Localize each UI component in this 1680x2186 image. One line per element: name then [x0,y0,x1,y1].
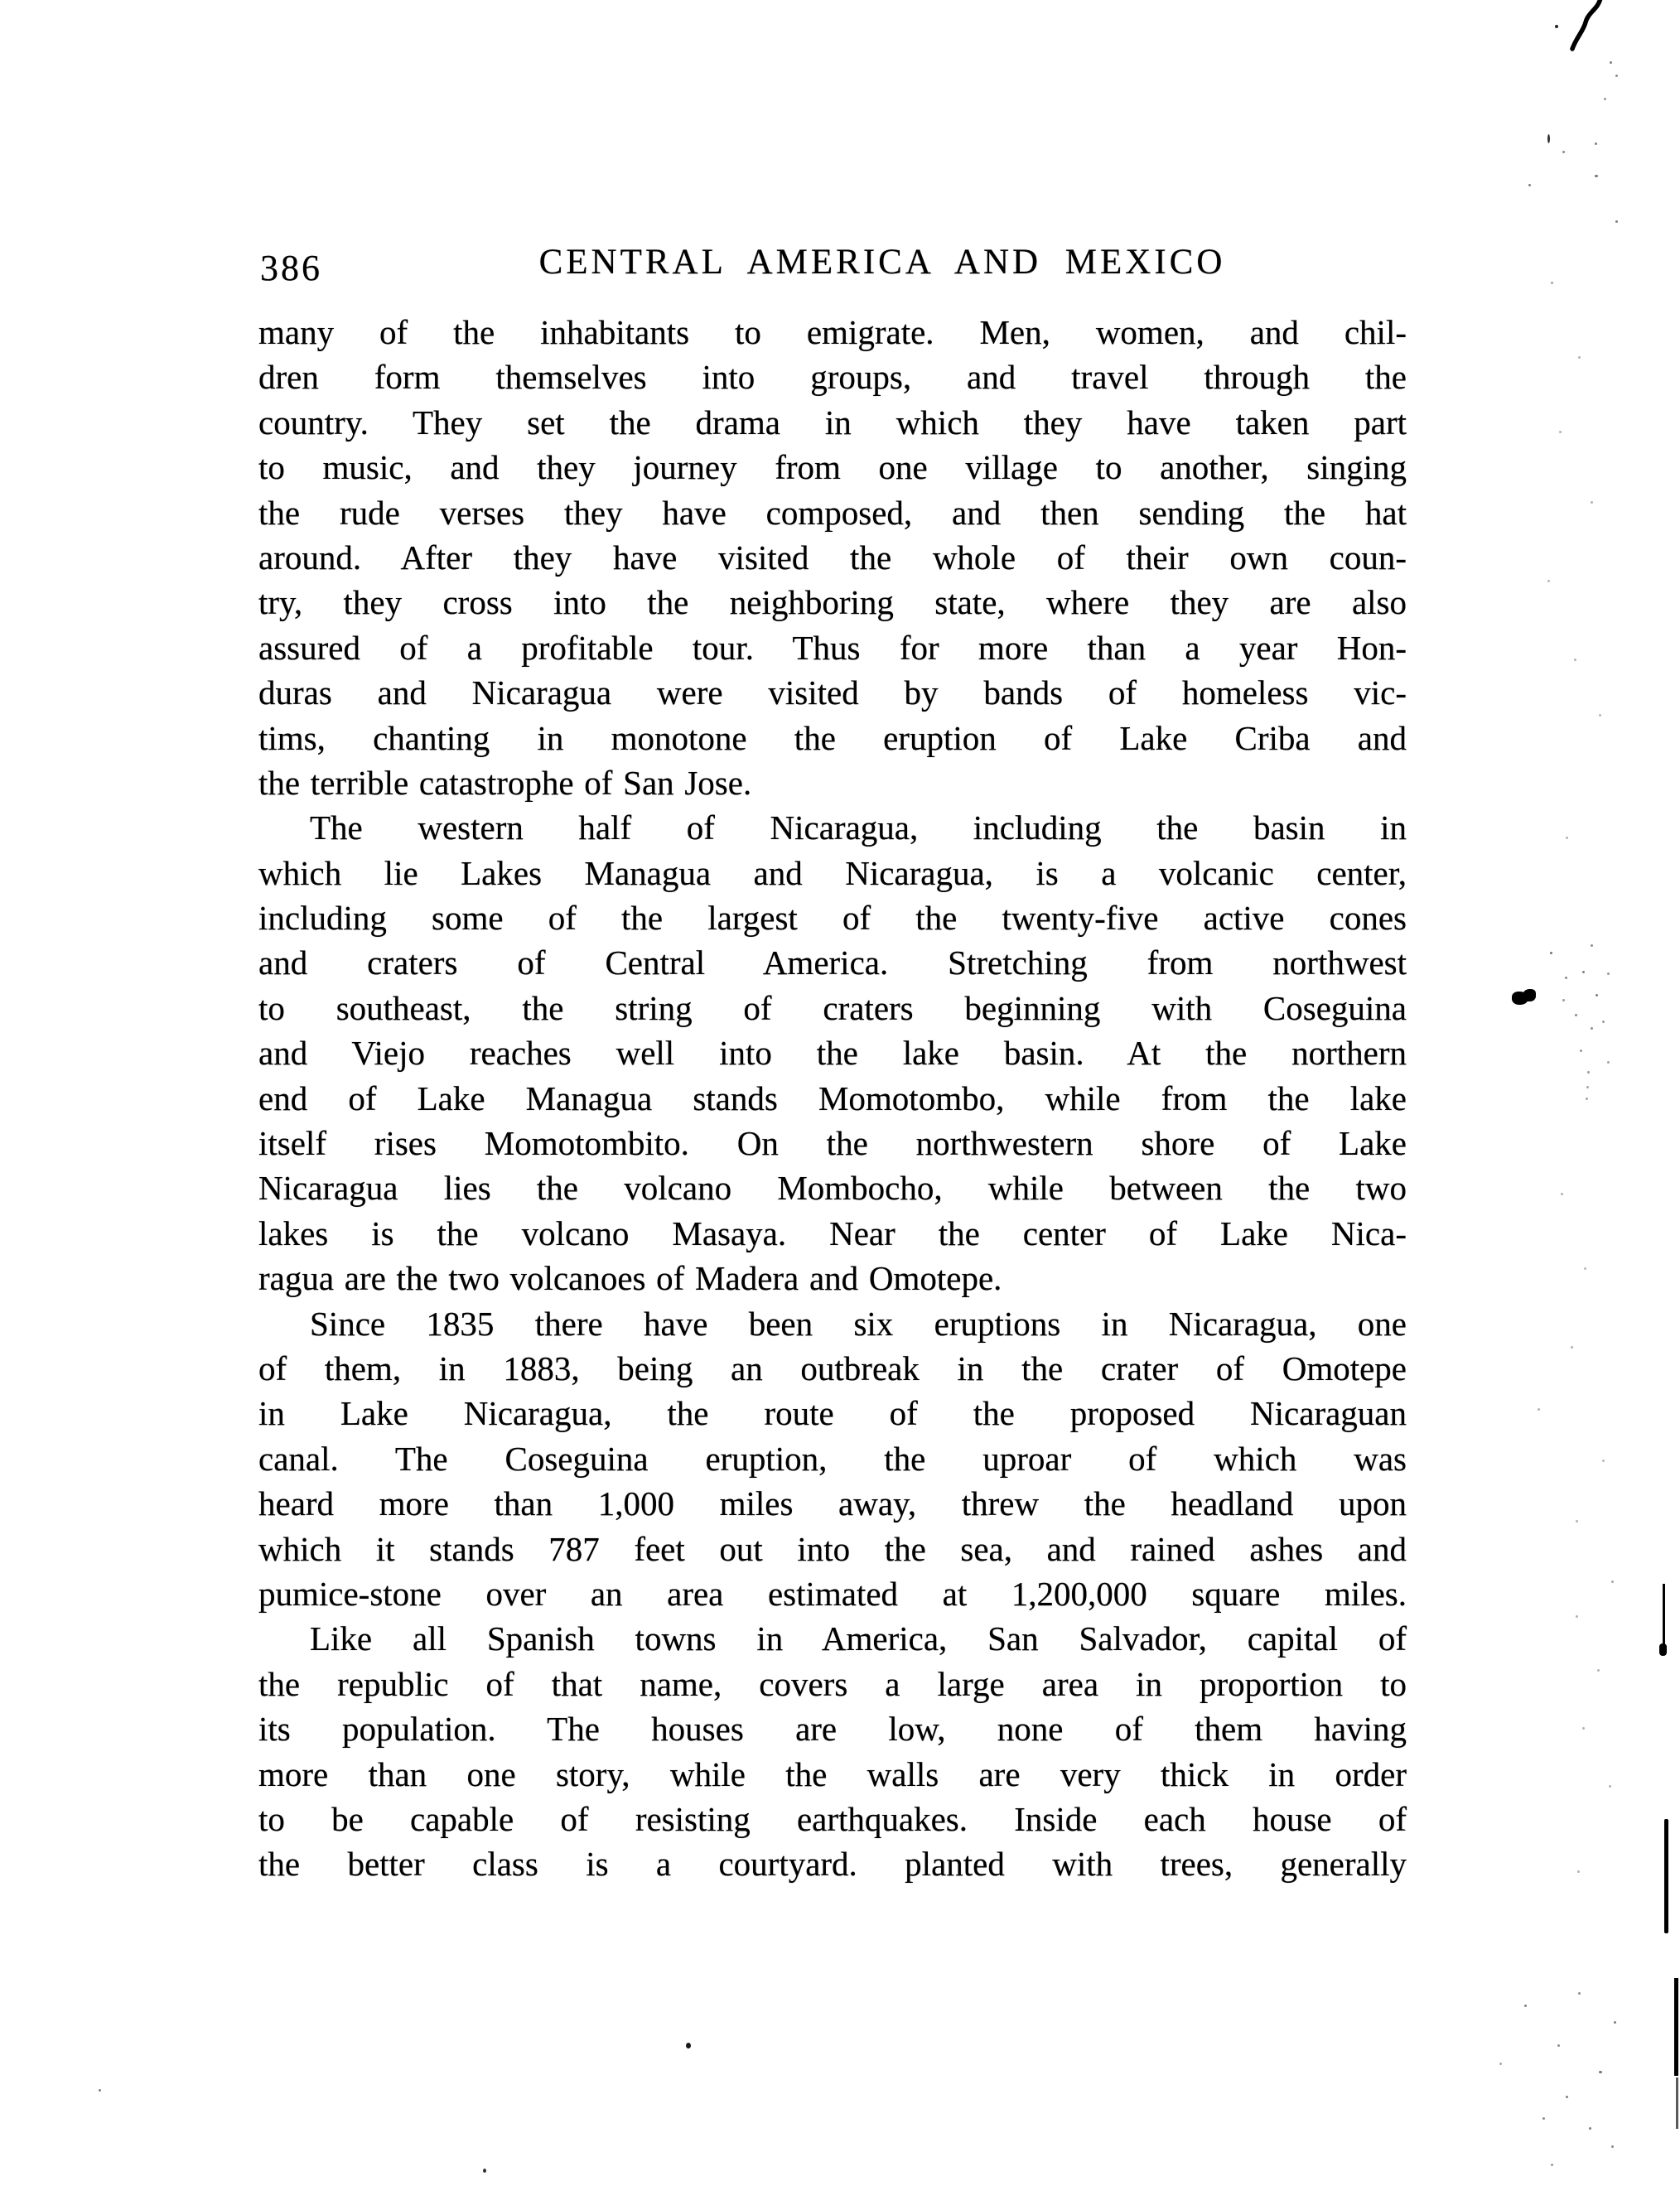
text-line: country. They set the drama in which the… [258,400,1407,445]
ink-blob-artifact [1512,989,1537,1006]
scan-speckle [686,2043,691,2048]
text-line: dren form themselves into groups, and tr… [258,355,1407,399]
scan-speckle [1599,714,1601,717]
scan-speckle [483,2169,486,2173]
text-line: many of the inhabitants to emigrate. Men… [258,310,1407,355]
scan-speckle [1528,184,1531,186]
scan-speckle [1595,175,1598,177]
scan-speckle [1609,1785,1611,1788]
text-line: including some of the largest of the twe… [258,895,1407,940]
scan-speckle [1611,2145,1614,2148]
text-line: and craters of Central America. Stretchi… [258,940,1407,985]
text-line: the rude verses they have composed, and … [258,490,1407,535]
scan-speckle [1610,61,1612,64]
scan-speckle [1607,1061,1610,1064]
text-line: itself rises Momotombito. On the northwe… [258,1121,1407,1165]
scan-speckle [1595,142,1597,145]
scan-speckle [1614,2021,1616,2024]
scan-speckle [1591,944,1593,947]
text-line: try, they cross into the neighboring sta… [258,580,1407,625]
page-edge-mark [1664,1819,1668,1933]
text-line: the republic of that name, covers a larg… [258,1662,1407,1706]
scan-speckle [1599,2071,1602,2073]
scan-speckle [1591,1027,1593,1030]
page-edge-mark [1676,2077,1678,2129]
scan-speckle [1566,837,1568,839]
text-line: ragua are the two volcanoes of Madera an… [258,1256,1407,1301]
running-title: CENTRAL AMERICA AND MEXICO [358,242,1407,282]
text-line: tims, chanting in monotone the eruption … [258,716,1407,760]
scan-speckle [1547,580,1550,582]
scan-speckle [99,2089,101,2092]
scan-speckle [1607,972,1610,975]
ink-blob-part [1512,992,1528,1005]
text-line: to southeast, the string of craters begi… [258,986,1407,1030]
text-line: which it stands 787 feet out into the se… [258,1527,1407,1571]
scan-speckle [1597,1669,1600,1672]
page-edge-mark [1663,1584,1665,1647]
scan-speckle [1586,1086,1589,1088]
scan-speckle [1542,2117,1545,2120]
page-edge-mark [1659,1643,1667,1656]
scan-speckle [1547,134,1550,143]
scan-speckle [1584,1267,1586,1270]
text-line: Nicaragua lies the volcano Mombocho, whi… [258,1165,1407,1210]
scan-speckle [1615,220,1618,223]
text-line: Since 1835 there have been six eruptions… [258,1301,1407,1346]
page-body-text: many of the inhabitants to emigrate. Men… [258,310,1407,1887]
scan-speckle [1582,971,1585,973]
scan-speckle [1561,1193,1563,1195]
text-line: pumice-stone over an area estimated at 1… [258,1571,1407,1616]
text-line: more than one story, while the walls are… [258,1752,1407,1797]
text-line: Like all Spanish towns in America, San S… [258,1616,1407,1661]
scan-speckle [1591,501,1593,504]
scan-speckle [1555,25,1558,28]
text-line: The western half of Nicaragua, including… [258,805,1407,850]
scan-speckle [1602,1460,1605,1462]
scan-speckle [1524,2005,1527,2007]
scan-speckle [1578,1992,1581,1995]
text-line: the better class is a courtyard. planted… [258,1841,1407,1886]
text-line: to be capable of resisting earthquakes. … [258,1797,1407,1841]
scan-speckle [1550,952,1552,954]
scanned-book-page: 386 CENTRAL AMERICA AND MEXICO many of t… [0,0,1680,2186]
scan-speckle [1596,994,1598,996]
scan-speckle [1574,659,1576,661]
text-line: end of Lake Managua stands Momotombo, wh… [258,1076,1407,1121]
scan-speckle [1565,977,1567,979]
text-line: in Lake Nicaragua, the route of the prop… [258,1391,1407,1436]
text-line: heard more than 1,000 miles away, threw … [258,1481,1407,1526]
scan-speckle [1559,431,1562,433]
text-line: the terrible catastrophe of San Jose. [258,760,1407,805]
page-number: 386 [260,247,322,289]
text-line: of them, in 1883, being an outbreak in t… [258,1346,1407,1391]
scan-speckle [1604,98,1606,100]
ink-blob-part [1523,989,1536,1001]
scan-speckle [1499,2063,1502,2065]
scan-speckle [1551,282,1553,284]
scan-speckle [1576,1520,1578,1522]
text-line: to music, and they journey from one vill… [258,445,1407,490]
text-line: duras and Nicaragua were visited by band… [258,670,1407,715]
page-header: 386 CENTRAL AMERICA AND MEXICO [258,242,1407,292]
scan-speckle [1576,1615,1578,1618]
text-line: around. After they have visited the whol… [258,535,1407,580]
scan-speckle [1577,1870,1580,1873]
text-line: which lie Lakes Managua and Nicaragua, i… [258,851,1407,895]
scan-speckle [1575,1014,1577,1016]
scan-speckle [1586,1098,1588,1100]
scan-speckle [1578,356,1581,359]
text-line: and Viejo reaches well into the lake bas… [258,1030,1407,1075]
scan-speckle [1582,1727,1585,1730]
scan-artifact-curve [1562,0,1612,57]
text-line: assured of a profitable tour. Thus for m… [258,625,1407,670]
scan-speckle [1562,999,1565,1001]
scan-speckle [1580,1050,1582,1052]
text-line: canal. The Coseguina eruption, the uproa… [258,1436,1407,1481]
scan-speckle [1538,1408,1540,1411]
scan-speckle [1566,2096,1568,2098]
scan-speckle [1589,2127,1591,2130]
scan-speckle [1615,75,1618,77]
scan-speckle [1602,1021,1605,1023]
text-line: its population. The houses are low, none… [258,1706,1407,1751]
page-edge-mark [1674,1978,1678,2076]
scan-speckle [1562,151,1565,153]
scan-speckle [1571,1346,1573,1349]
scan-speckle [1557,2044,1560,2047]
text-line: lakes is the volcano Masaya. Near the ce… [258,1211,1407,1256]
scan-speckle [1611,1580,1614,1583]
scan-speckle [1587,1071,1590,1074]
scan-speckle [1551,2164,1553,2166]
